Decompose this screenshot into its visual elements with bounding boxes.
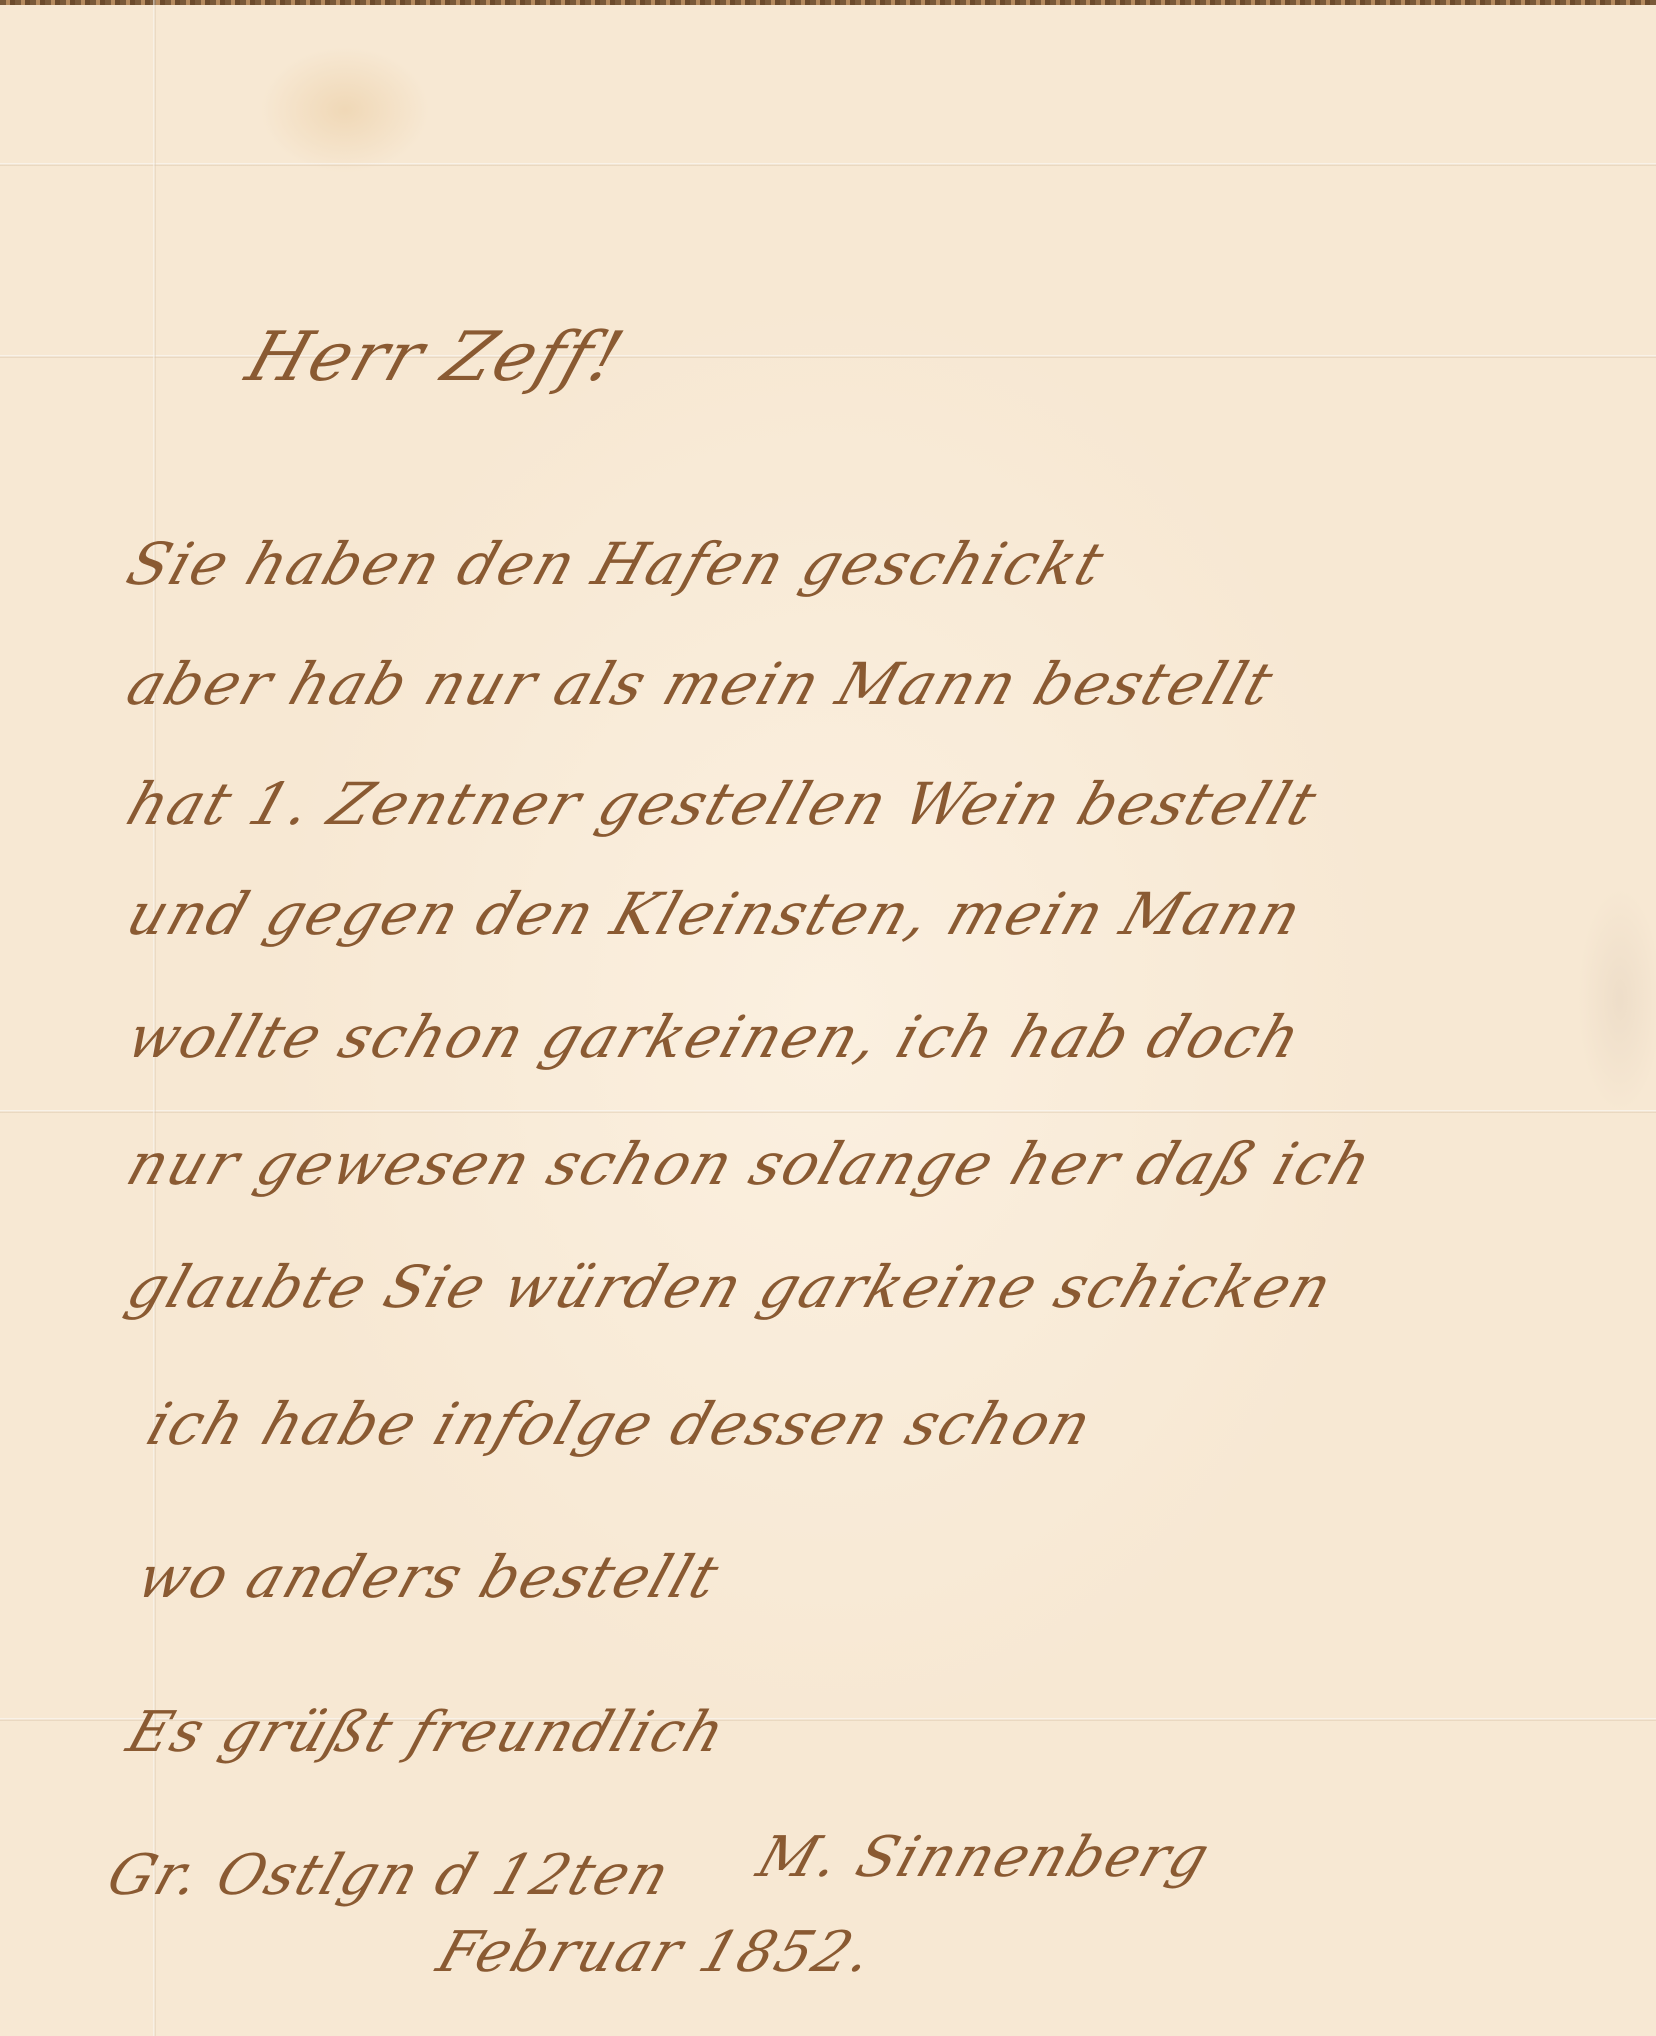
fold-line — [0, 163, 1656, 166]
body-line: wo anders bestellt — [129, 1543, 729, 1611]
body-line: glaubte Sie würden garkeine schicken — [119, 1253, 1342, 1321]
letter-page: Herr Zeff! Sie haben den Hafen geschickt… — [0, 0, 1656, 2036]
date-line: Februar 1852. — [429, 1920, 882, 1985]
body-line: nur gewesen schon solange her daß ich — [119, 1130, 1382, 1198]
torn-top-edge — [0, 0, 1656, 5]
body-line: Sie haben den Hafen geschickt — [119, 530, 1114, 598]
body-line: hat 1. Zentner gestellen Wein bestellt — [119, 770, 1327, 838]
body-line: und gegen den Kleinsten, mein Mann — [119, 880, 1311, 948]
body-line: wollte schon garkeinen, ich hab doch — [119, 1003, 1311, 1071]
salutation: Herr Zeff! — [237, 318, 634, 397]
body-line: aber hab nur als mein Mann bestellt — [119, 650, 1283, 718]
fold-line — [0, 355, 1656, 358]
place-date: Gr. Ostlgn d 12ten — [99, 1843, 678, 1908]
body-line: ich habe infolge dessen schon — [139, 1390, 1101, 1458]
signature: M. Sinnenberg — [749, 1825, 1218, 1890]
fold-line — [0, 1110, 1656, 1113]
closing: Es grüßt freundlich — [119, 1700, 734, 1765]
